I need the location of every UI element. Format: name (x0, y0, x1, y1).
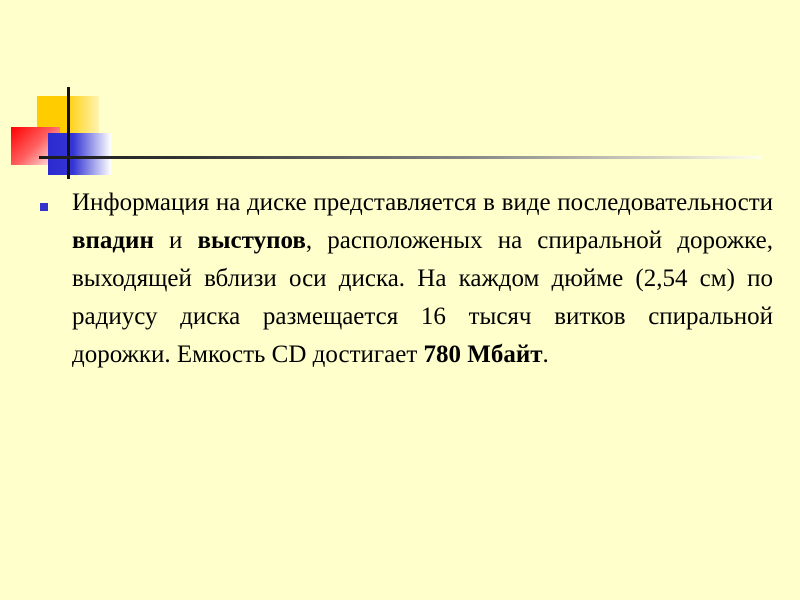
text-segment: Информация на диске представляется в вид… (72, 189, 773, 216)
bold-term-pits: впадин (72, 227, 154, 254)
bold-term-lands: выступов (198, 227, 306, 254)
square-bullet-icon (40, 203, 48, 211)
vertical-line-decoration (67, 87, 70, 179)
horizontal-rule (39, 156, 761, 159)
decorative-header-graphic (0, 0, 800, 200)
blue-square-decoration (48, 133, 111, 175)
bold-capacity: 780 Мбайт (424, 341, 543, 368)
text-segment: . (543, 341, 549, 368)
bullet-paragraph: Информация на диске представляется в вид… (72, 184, 773, 374)
text-segment: и (154, 227, 198, 254)
